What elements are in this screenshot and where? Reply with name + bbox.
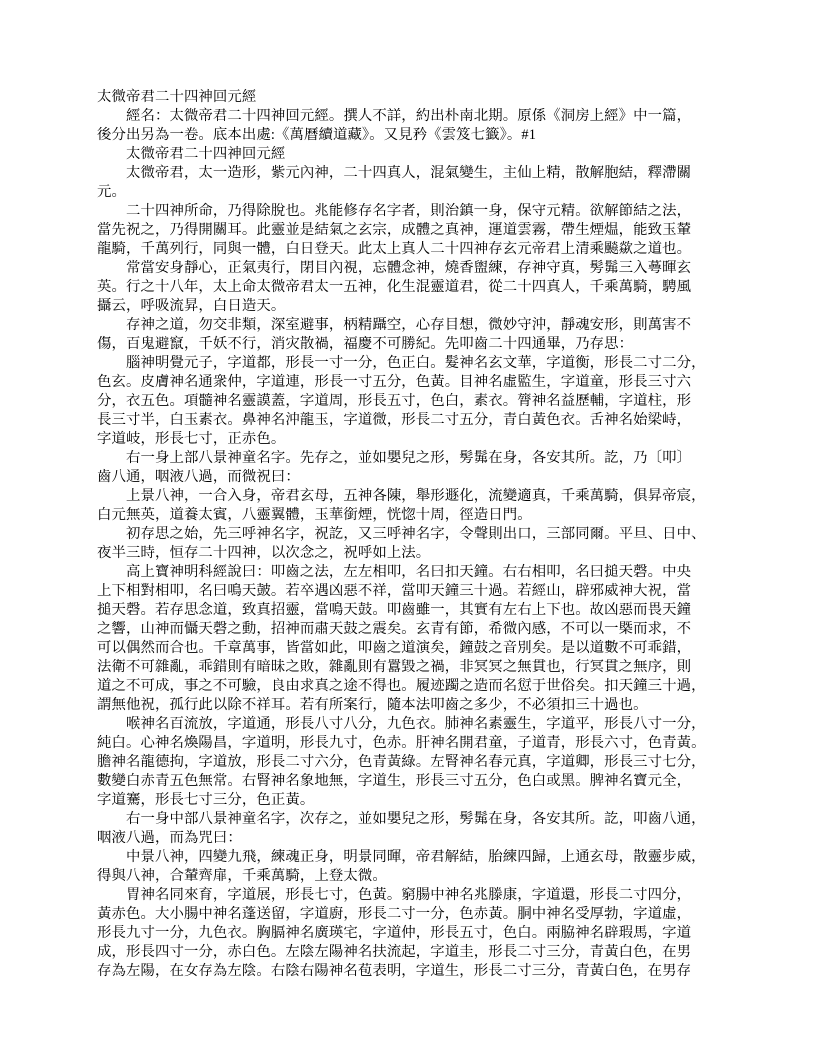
text-line: 可以偶然而合也。千章萬事，皆當如此，叩齒之道演矣，鐘鼓之音別矣。是以道數不可乖錯… — [97, 639, 725, 658]
text-line: 謂無他祝，孤行此以除不祥耳。若有所案行，隨本法叩齒之多少，不必須扣三十過也。 — [97, 696, 725, 715]
text-line: 初存思之始，先三呼神名字，祝訖，又三呼神名字，令聲則出口，三部同爾。平旦、日中、 — [97, 525, 725, 544]
text-line: 右一身上部八景神童名字。先存之，並如嬰兒之形，髣髴在身，各安其所。訖，乃〔叩〕 — [97, 449, 725, 468]
text-line: 夜半三時，恒存二十四神，以次念之，祝呼如上法。 — [97, 544, 725, 563]
document-body: 太微帝君二十四神回元經 經名：太微帝君二十四神回元經。撰人不詳，約出朴南北期。原… — [97, 88, 725, 981]
text-line: 字道騫，形長七寸三分，色正黃。 — [97, 791, 725, 810]
text-line: 存為左陽，在女存為左陰。右陰右陽神名苞表明，字道生，形長二寸三分，青黃白色，在男… — [97, 962, 725, 981]
text-line: 色玄。皮膚神名通衆仲，字道連，形長一寸五分，色黃。目神名虛監生，字道童，形長三寸… — [97, 373, 725, 392]
text-line: 分，衣五色。項髓神名靈謨蓋，字道周，形長五寸，色白，素衣。膂神名益歷輔，字道柱，… — [97, 392, 725, 411]
text-line: 右一身中部八景神童名字，次存之，並如嬰兒之形，髣髴在身，各安其所。訖，叩齒八通， — [97, 810, 725, 829]
text-line: 中景八神，四變九飛，練魂正身，明景同暉，帝君解結，胎練四歸，上通玄母，散靈步威， — [97, 848, 725, 867]
text-line: 上景八神，一合入身，帝君玄母，五神各陳，舉形遯化，流變適真，千乘萬騎，俱昇帝宸， — [97, 487, 725, 506]
text-line: 後分出另為一卷。底本出處:《萬曆續道藏》。又見矜《雲笈七籤》。#1 — [97, 126, 725, 145]
text-line: 英。行之十八年，太上命太微帝君太一五神，化生混靈道君，從二十四真人，千乘萬騎，騁… — [97, 278, 725, 297]
text-line: 上下相對相叩，名曰鳴天皷。若卒遇凶惡不祥，當叩天鐘三十過。若經山，辟邪威神大祝，… — [97, 582, 725, 601]
text-page: 太微帝君二十四神回元經 經名：太微帝君二十四神回元經。撰人不詳，約出朴南北期。原… — [0, 0, 816, 1056]
text-line: 齒八通，咽液八過，而微祝曰： — [97, 468, 725, 487]
text-line: 黃赤色。大小腸中神名蓬送留，字道廚，形長二寸一分，色赤黃。胴中神名受厚勃，字道虛… — [97, 905, 725, 924]
text-line: 純白。心神名煥陽昌，字道明，形長九寸，色赤。肝神名開君童，子道青，形長六寸，色青… — [97, 734, 725, 753]
text-line: 高上寶神明科經說曰：叩齒之法，左左相叩，名曰扣天鐘。右右相叩，名曰搥天磬。中央 — [97, 563, 725, 582]
text-line: 當先祝之，乃得開關耳。此靈並是結氣之玄宗，成體之真神，運道雲霧，帶生煙煴，能致玉… — [97, 221, 725, 240]
text-line: 元。 — [97, 183, 725, 202]
text-line: 得與八神，合輦齊扉，千乘萬騎，上登太微。 — [97, 867, 725, 886]
text-line: 搥天磬。若存思念道，致真招靈，當鳴天鼓。叩齒雖一，其實有左右上下也。故凶惡而畏天… — [97, 601, 725, 620]
text-line: 傷，百鬼避竄，千妖不行，消灾散禍，福慶不可勝紀。先叩齒二十四通畢，乃存思： — [97, 335, 725, 354]
text-line: 常當安身靜心，正氣夷行，閉目內視，忘體念神，燒香盥練，存神守真，髣髴三入蕚暉玄 — [97, 259, 725, 278]
text-line: 道之不可成，事之不可驗，良由求真之途不得也。履迹躅之造而名愆于世俗矣。扣天鐘三十… — [97, 677, 725, 696]
document-title: 太微帝君二十四神回元經 — [97, 88, 725, 107]
text-line: 太微帝君，太一造形，紫元內神，二十四真人，混氣變生，主仙上精，散解胞結，釋滯關 — [97, 164, 725, 183]
text-line: 長三寸半，白玉素衣。鼻神名沖龍玉，字道微，形長二寸五分，青白黃色衣。舌神名始梁峙… — [97, 411, 725, 430]
text-line: 存神之道，勿交非類，深室避事，柄精躡空，心存目想，微妙守沖，靜魂安形，則萬害不 — [97, 316, 725, 335]
text-line: 攝云，呼吸流昇，白日造天。 — [97, 297, 725, 316]
text-line: 膽神名龍德拘，字道放，形長二寸六分，色青黃綠。左腎神名春元真，字道卿，形長三寸七… — [97, 753, 725, 772]
text-line: 字道岐，形長七寸，正赤色。 — [97, 430, 725, 449]
text-line: 法衛不可雜亂，乖錯則有暗昧之敗，雜亂則有囂毀之禍，非冥冥之無貫也，行冥貫之無序，… — [97, 658, 725, 677]
text-line: 成，形長四寸一分，赤白色。左陰左陽神名扶流起，字道圭，形長二寸三分，青黃白色，在… — [97, 943, 725, 962]
text-line: 二十四神所命，乃得除脫也。兆能修存名字者，則治鎮一身，保守元精。欲解節結之法， — [97, 202, 725, 221]
text-line: 咽液八過，而為咒曰： — [97, 829, 725, 848]
text-line: 數變白赤青五色無常。右腎神名象地無，字道生，形長三寸五分，色白或黑。脾神名寶元全… — [97, 772, 725, 791]
text-line: 腦神明覺元子，字道都，形長一寸一分，色正白。髮神名玄文華，字道衡，形長二寸二分， — [97, 354, 725, 373]
text-line: 胃神名同來育，字道展，形長七寸，色黃。窮腸中神名兆滕康，字道還，形長二寸四分， — [97, 886, 725, 905]
text-line: 之響，山神而懾天磬之動，招神而肅天鼓之震矣。玄青有節，希微內感，不可以一槩而求，… — [97, 620, 725, 639]
text-line: 喉神名百流放，字道通，形長八寸八分，九色衣。肺神名素靈生，字道平，形長八寸一分， — [97, 715, 725, 734]
text-line: 太微帝君二十四神回元經 — [97, 145, 725, 164]
text-line: 龍騎，千萬列行，同與一體，白日登天。此太上真人二十四神存玄元帝君上清乘飈歘之道也… — [97, 240, 725, 259]
text-line: 白元無英，道養太賓，八靈翼體，玉華銜煙，恍惚十周，徑造日門。 — [97, 506, 725, 525]
text-line: 經名：太微帝君二十四神回元經。撰人不詳，約出朴南北期。原係《洞房上經》中一篇， — [97, 107, 725, 126]
document-page: { "page": { "background": "#ffffff", "te… — [0, 0, 816, 1056]
text-line: 形長九寸一分，九色衣。胸膈神名廣瑛宅，字道仲，形長五寸，色白。兩脇神名辟瑕馬，字… — [97, 924, 725, 943]
